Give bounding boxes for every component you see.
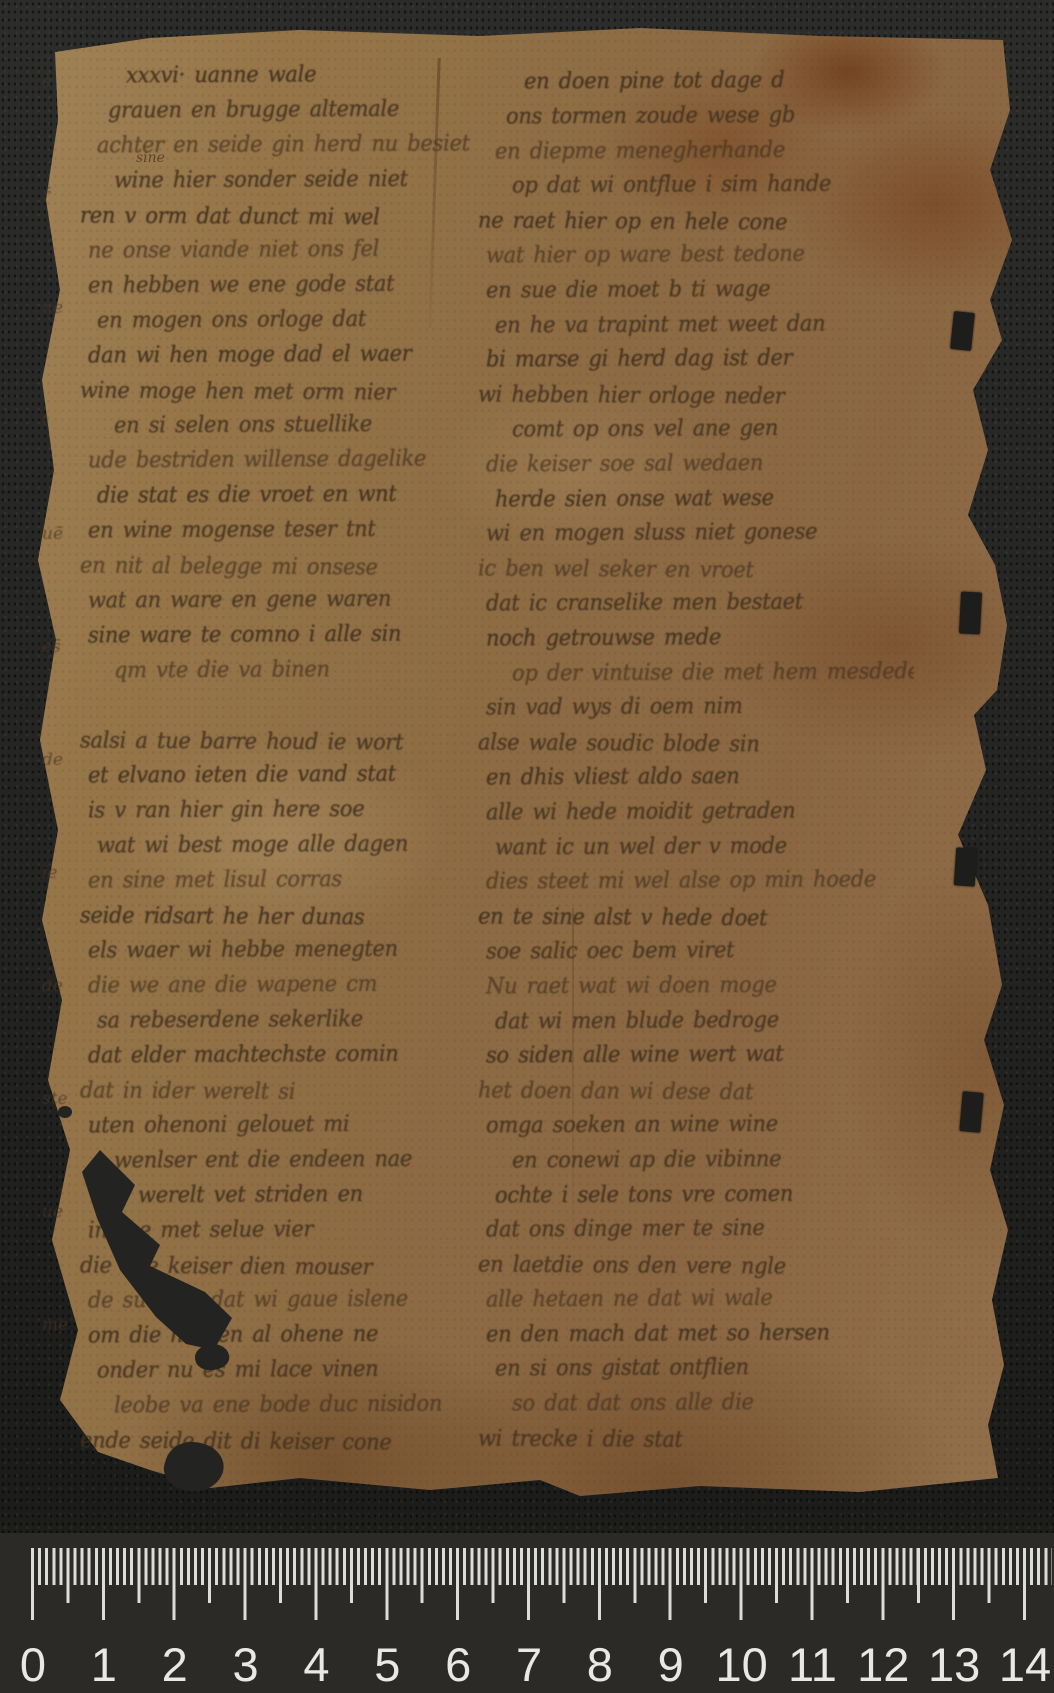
manuscript-line: dan wi hen moge dad el waer (88, 335, 472, 374)
tear-hole (58, 1106, 72, 1118)
manuscript-line (88, 685, 472, 724)
manuscript-line: en mogen ons orloge dat (97, 300, 472, 339)
manuscript-line: en si selen ons stuellike (114, 405, 472, 444)
manuscript-line: en hebben we ene gode stat (88, 265, 472, 304)
ruler-number: 1 (91, 1637, 117, 1692)
manuscript-photo: xxxvi· uanne walegrauen en brugge altema… (0, 0, 1054, 1693)
manuscript-line: comt op ons vel ane gen (512, 409, 914, 448)
manuscript-line: herde sien onse wat wese (495, 478, 914, 517)
ruler-number: 5 (374, 1637, 400, 1692)
manuscript-line: et elvano ieten die vand stat (88, 755, 472, 794)
manuscript-line: wat wi best moge alle dagen (97, 825, 472, 864)
manuscript-line: alle wi hede moidit getraden (486, 791, 914, 830)
margin-mark: ne (42, 298, 63, 318)
ruler-number: 6 (445, 1637, 471, 1692)
manuscript-line: en sue die moet b ti wage (486, 269, 914, 308)
manuscript-line: so dat dat ons alle die (512, 1383, 914, 1422)
manuscript-line: op dat wi ontflue i sim hande (512, 165, 914, 204)
ruler-number: 14 (999, 1637, 1051, 1692)
ruler-number: 8 (587, 1637, 613, 1692)
manuscript-line: en si ons gistat ontflien (495, 1348, 914, 1387)
manuscript-line: alle hetaen ne dat wi wale (486, 1278, 914, 1317)
ruler-number: 0 (20, 1637, 46, 1692)
right-text-column: en doen pine tot dage dons tormen zoude … (468, 64, 914, 1468)
ruler-number: 9 (658, 1637, 684, 1692)
ruler-number: 3 (233, 1637, 259, 1692)
manuscript-line: is v ran hier gin here soe (88, 790, 472, 829)
manuscript-line: wat an ware en gene waren (88, 580, 472, 619)
binding-slit (959, 591, 982, 634)
manuscript-line: wi en mogen sluss niet gonese (486, 513, 914, 552)
manuscript-line: en wine mogense teser tnt (88, 510, 472, 549)
ruler-number: 11 (788, 1637, 837, 1692)
margin-mark: es̄ (42, 637, 61, 657)
manuscript-line: ne onse viande niet ons fel (88, 230, 472, 269)
manuscript-line: en den mach dat met so hersen (486, 1313, 914, 1352)
manuscript-line: qm vte die va binen (114, 650, 472, 689)
margin-mark: uē (42, 524, 63, 544)
manuscript-line: dat elder machtechste comin (88, 1035, 472, 1074)
manuscript-line: en sine met lisul corras (88, 860, 472, 899)
manuscript-line: ende seide dit di keiser cone (80, 1422, 472, 1462)
manuscript-line: omga soeken an wine wine (486, 1104, 914, 1143)
manuscript-line: op der vintuise die met hem mesdede (512, 652, 914, 691)
manuscript-line: dies steet mi wel alse op min hoede (486, 861, 914, 900)
manuscript-line: soe salic oec bem viret (486, 931, 914, 970)
margin-mark: t (42, 411, 49, 431)
manuscript-line: want ic un wel der v mode (495, 826, 914, 865)
manuscript-line: die we ane die wapene cm (88, 965, 472, 1004)
binding-slit (954, 847, 978, 886)
ruler-number: 10 (715, 1637, 767, 1692)
margin-mark: ue (42, 1202, 63, 1222)
manuscript-line: leobe va ene bode duc nisidon (114, 1385, 472, 1424)
manuscript-line: xxxvi· uanne wale (126, 58, 472, 94)
margin-mark: de (42, 976, 63, 996)
manuscript-line: dat ic cranselike men bestaet (486, 583, 914, 622)
margin-mark: è (42, 72, 52, 92)
manuscript-line: die stat es die vroet en wnt (97, 475, 472, 514)
manuscript-line: die keiser soe sal wedaen (486, 443, 914, 482)
interlinear-gloss: sine (136, 150, 165, 166)
manuscript-line: Nu raet wat wi doen moge (486, 965, 914, 1004)
manuscript-line: els waer wi hebbe menegten (88, 930, 472, 969)
manuscript-line: ons tormen zoude wese gb (506, 95, 914, 134)
manuscript-line: uten ohenoni gelouet mi (88, 1105, 472, 1144)
manuscript-line: sine ware te comno i alle sin (88, 615, 472, 654)
ruler-number: 13 (928, 1637, 980, 1692)
manuscript-line: en he va trapint met weet dan (495, 304, 914, 343)
manuscript-line: ude bestriden willense dagelike (88, 440, 472, 479)
ruler: 01234567891011121314 (0, 1533, 1054, 1693)
margin-mark: r̄ (42, 185, 50, 205)
ruler-number: 7 (516, 1637, 542, 1692)
ruler-number: 2 (162, 1637, 188, 1692)
ruler-number: 4 (303, 1637, 329, 1692)
manuscript-line: sa rebeserdene sekerlike (97, 1000, 472, 1039)
manuscript-line: en doen pine tot dage d (524, 64, 914, 100)
margin-mark: de (42, 750, 63, 770)
manuscript-line: onder nu es mi lace vinen (97, 1350, 472, 1389)
manuscript-line: wenlser ent die endeen nae (114, 1140, 472, 1179)
manuscript-line: wat hier op ware best tedone (486, 235, 914, 274)
manuscript-line: dat ons dinge mer te sine (486, 1209, 914, 1248)
manuscript-line: dat wi men blude bedroge (495, 1000, 914, 1039)
manuscript-line: en dhis vliest aldo saen (486, 757, 914, 796)
ruler-number: 12 (857, 1637, 909, 1692)
ruler-labels: 01234567891011121314 (0, 1637, 1054, 1693)
binding-slit (959, 1091, 983, 1133)
manuscript-line: wine hier sonder seide niet (114, 160, 472, 199)
manuscript-line: sin vad wys di oem nim (486, 687, 914, 726)
margin-mark: me (42, 1315, 68, 1335)
manuscript-line: grauen en brugge altemale (108, 90, 472, 129)
manuscript-line: en conewi ap die vibinne (512, 1139, 914, 1178)
manuscript-line: wi trecke i die stat (478, 1420, 914, 1460)
ruler-ticks-mm (31, 1548, 1052, 1585)
manuscript-line: so siden alle wine wert wat (486, 1035, 914, 1074)
manuscript-line: bi marse gi herd dag ist der (486, 339, 914, 378)
manuscript-line: noch getrouwse mede (486, 617, 914, 656)
manuscript-line: om die heeren al ohene ne (88, 1315, 472, 1354)
binding-slit (950, 311, 975, 351)
manuscript-line: en diepme menegherhande (495, 130, 914, 169)
manuscript-line: die werelt vet striden en (97, 1175, 472, 1214)
margin-mark: ie (42, 863, 58, 883)
manuscript-line: ochte i sele tons vre comen (495, 1174, 914, 1213)
